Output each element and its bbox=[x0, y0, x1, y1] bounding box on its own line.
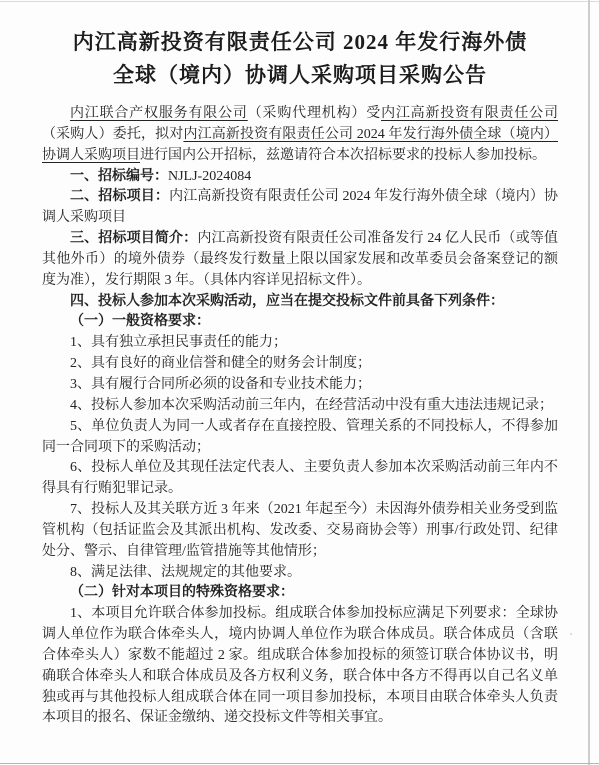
document-title: 内江高新投资有限责任公司 2024 年发行海外债 全球（境内）协调人采购项目采购… bbox=[42, 26, 558, 91]
intro-paragraph: 内江联合产权服务有限公司（采购代理机构）受内江高新投资有限责任公司（采购人）委托… bbox=[42, 104, 558, 167]
tender-number-line: 一、招标编号：NJLJ-2024084 bbox=[42, 167, 558, 188]
scanned-document-page: 内江高新投资有限责任公司 2024 年发行海外债 全球（境内）协调人采购项目采购… bbox=[0, 0, 599, 765]
general-item-3: 3、具有履行合同所必须的设备和专业技术能力； bbox=[42, 375, 558, 396]
general-item-7: 7、投标人及其关联方近 3 年来（2021 年起至今）未因海外债券相关业务受到监… bbox=[42, 500, 558, 563]
special-item-1: 1、本项目允许联合体参加投标。组成联合体参加投标应满足下列要求：全球协调人单位作… bbox=[42, 604, 558, 729]
general-item-1: 1、具有独立承担民事责任的能力； bbox=[42, 333, 558, 354]
document-content: 内江高新投资有限责任公司 2024 年发行海外债 全球（境内）协调人采购项目采购… bbox=[42, 22, 558, 729]
general-item-8: 8、满足法律、法规规定的其他要求。 bbox=[42, 563, 558, 584]
special-requirements-heading: （二）针对本项目的特殊资格要求： bbox=[42, 583, 558, 604]
intro-text-3: 进行国内公开招标，兹邀请符合本次招标要求的投标人参加投标。 bbox=[140, 148, 546, 163]
general-item-6: 6、投标人单位及其现任法定代表人、主要负责人参加本次采购活动前三年内不得具有行贿… bbox=[42, 458, 558, 500]
tender-project-label: 二、招标项目： bbox=[70, 189, 169, 204]
title-line-1: 内江高新投资有限责任公司 2024 年发行海外债 bbox=[42, 26, 558, 59]
agency-name-underlined: 内江联合产权服务有限公司 bbox=[70, 106, 248, 121]
scan-edge-bottom bbox=[0, 763, 599, 764]
intro-text-1: （采购代理机构）受 bbox=[248, 106, 381, 121]
tender-project-line: 二、招标项目：内江高新投资有限责任公司 2024 年发行海外债全球（境内）协调人… bbox=[42, 187, 558, 229]
tender-number-value: NJLJ-2024084 bbox=[168, 169, 251, 184]
purchaser-name-underlined: 内江高新投资有限责任公司 bbox=[381, 106, 558, 121]
scan-edge-right bbox=[588, 0, 590, 765]
title-line-2: 全球（境内）协调人采购项目采购公告 bbox=[42, 59, 558, 92]
scan-speckle bbox=[570, 633, 572, 635]
general-item-2: 2、具有良好的商业信誉和健全的财务会计制度； bbox=[42, 354, 558, 375]
scan-edge-top bbox=[0, 1, 599, 2]
general-requirements-heading: （一）一般资格要求： bbox=[42, 312, 558, 333]
tender-number-label: 一、招标编号： bbox=[70, 169, 168, 184]
general-item-4: 4、投标人参加本次采购活动前三年内，在经营活动中没有重大违法违规记录； bbox=[42, 396, 558, 417]
intro-text-2: （采购人）委托，拟对 bbox=[42, 127, 183, 142]
general-item-5: 5、单位负责人为同一人或者存在直接控股、管理关系的不同投标人，不得参加同一合同项… bbox=[42, 417, 558, 459]
conditions-heading: 四、投标人参加本次采购活动，应当在提交投标文件前具备下列条件： bbox=[42, 292, 558, 313]
project-brief-label: 三、招标项目简介： bbox=[70, 231, 197, 246]
project-brief-line: 三、招标项目简介：内江高新投资有限责任公司准备发行 24 亿人民币（或等值其他外… bbox=[42, 229, 558, 292]
